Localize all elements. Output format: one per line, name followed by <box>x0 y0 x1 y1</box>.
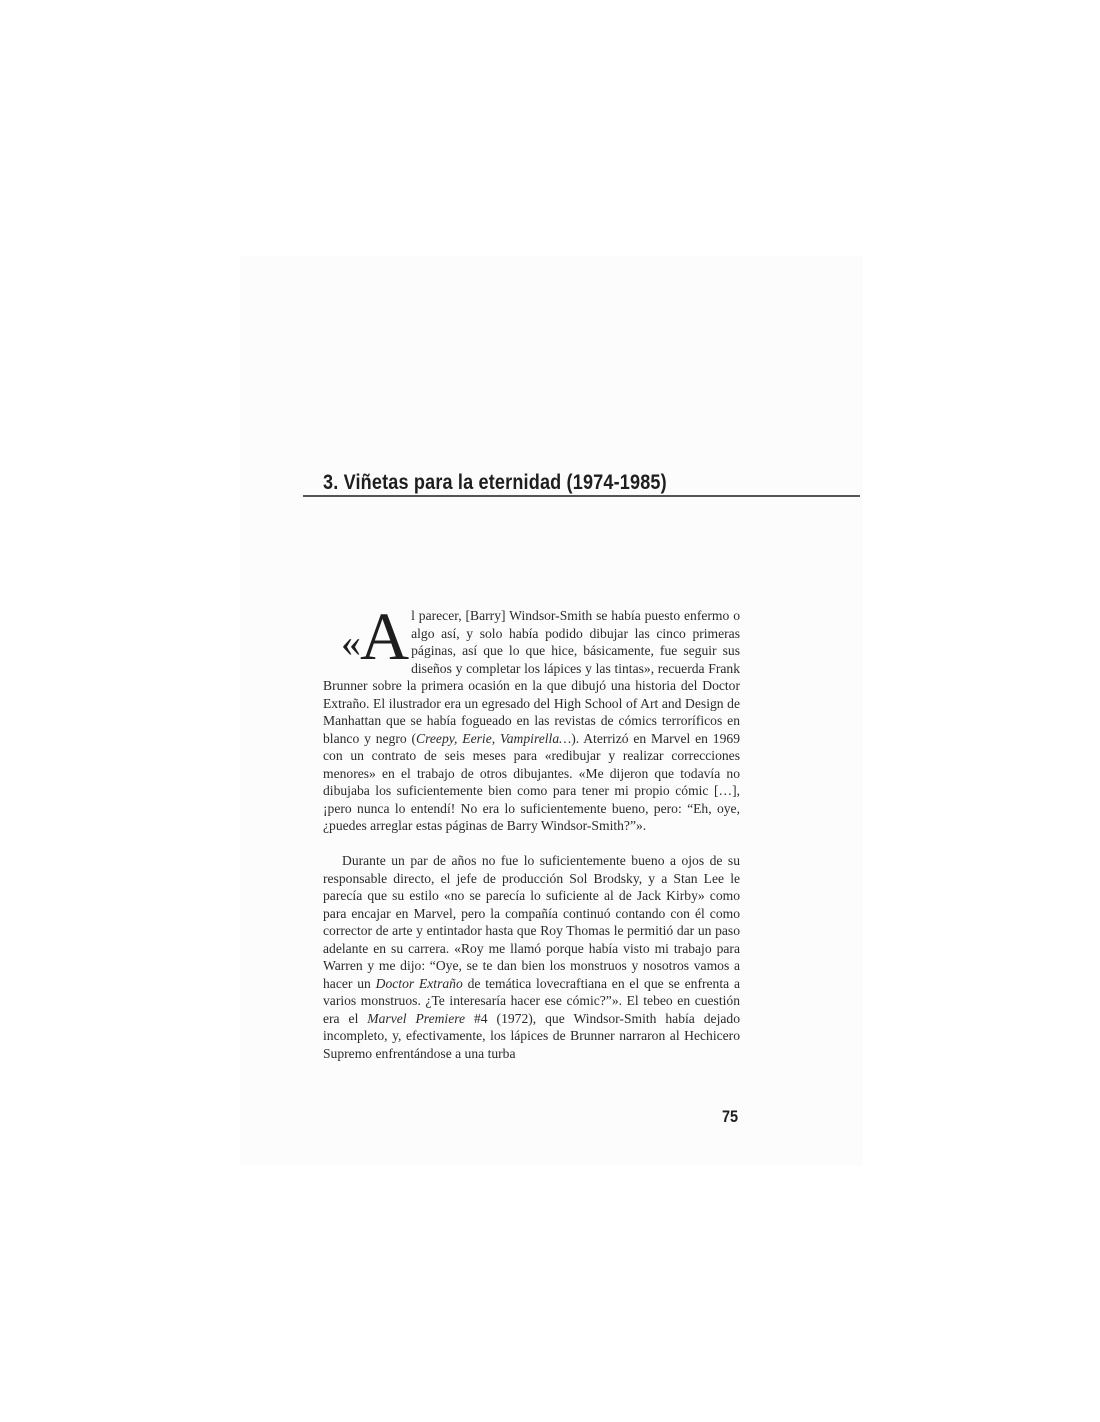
page-number: 75 <box>722 1107 738 1127</box>
chapter-rule-divider <box>303 495 860 497</box>
paragraph-2: Durante un par de años no fue lo suficie… <box>323 852 740 1062</box>
paragraph-2-italic-doctor-extrano: Doctor Extraño <box>376 976 463 991</box>
paragraph-1-italic-titles: Creepy, Eerie, Vampirella… <box>416 731 571 746</box>
drop-cap-guillemet: « <box>341 627 355 659</box>
body-text: « A l parecer, [Barry] Windsor-Smith se … <box>323 607 740 1062</box>
drop-cap: « A <box>341 609 409 661</box>
paragraph-2-italic-marvel-premiere: Marvel Premiere <box>367 1011 465 1026</box>
chapter-heading: 3. Viñetas para la eternidad (1974-1985) <box>323 470 667 496</box>
paragraph-1: « A l parecer, [Barry] Windsor-Smith se … <box>323 607 740 835</box>
drop-cap-letter: A <box>360 611 409 661</box>
paragraph-2-text-a: Durante un par de años no fue lo suficie… <box>323 853 740 991</box>
